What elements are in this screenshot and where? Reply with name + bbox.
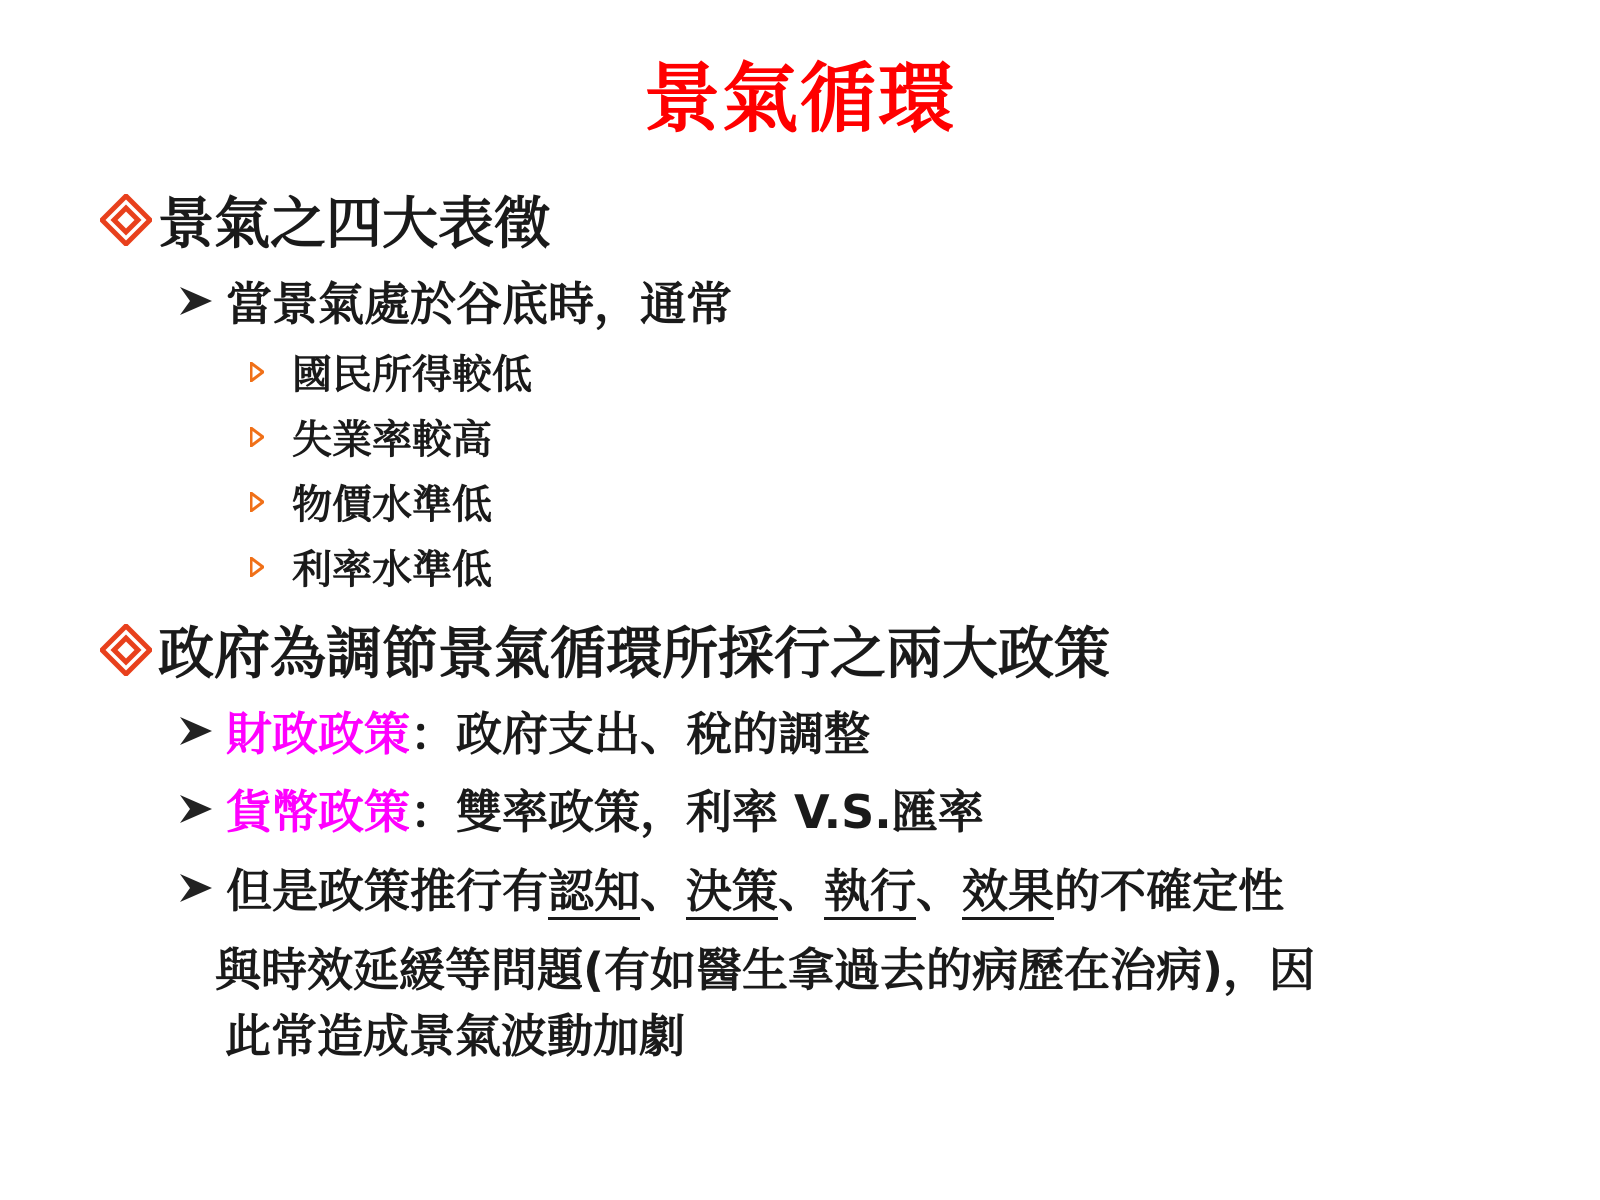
arrowhead-bullet-icon xyxy=(178,713,214,749)
fiscal-policy-point: 財政政策 ：政府支出、稅的調整 xyxy=(178,698,870,764)
uncertainty-line2: 與時效延緩等問題(有如醫生拿過去的病歷在治病)，因 xyxy=(215,934,1315,1000)
small-arrow-bullet-icon xyxy=(250,427,264,447)
term-effect: 效果 xyxy=(962,855,1054,921)
fiscal-policy-text: ：政府支出、稅的調整 xyxy=(410,698,870,764)
monetary-policy-text: ：雙率政策，利率 V.S.匯率 xyxy=(410,776,984,842)
list-item: 物價水準低 xyxy=(250,473,492,530)
section2-heading: 政府為調節景氣循環所採行之兩大政策 xyxy=(100,610,1110,690)
list-item: 利率水準低 xyxy=(250,538,492,595)
arrowhead-bullet-icon xyxy=(178,870,214,906)
section1-point-text: 當景氣處於谷底時，通常 xyxy=(226,268,732,334)
monetary-policy-point: 貨幣政策 ：雙率政策，利率 V.S.匯率 xyxy=(178,776,984,842)
slide-title: 景氣循環 xyxy=(0,38,1600,147)
term-execution: 執行 xyxy=(824,855,916,921)
list-item: 國民所得較低 xyxy=(250,343,532,400)
term-decision: 決策 xyxy=(686,855,778,921)
section1-heading: 景氣之四大表徵 xyxy=(100,180,550,260)
small-arrow-bullet-icon xyxy=(250,557,264,577)
separator: 、 xyxy=(640,855,686,921)
uncertainty-prefix: 但是政策推行有 xyxy=(226,855,548,921)
fiscal-policy-label: 財政政策 xyxy=(226,698,410,764)
term-recognition: 認知 xyxy=(548,855,640,921)
uncertainty-line3: 此常造成景氣波動加劇 xyxy=(225,1000,685,1066)
diamond-bullet-icon xyxy=(100,194,152,246)
monetary-policy-label: 貨幣政策 xyxy=(226,776,410,842)
section1-point: 當景氣處於谷底時，通常 xyxy=(178,268,732,334)
list-item: 失業率較高 xyxy=(250,408,492,465)
list-item-text: 利率水準低 xyxy=(292,538,492,595)
list-item-text: 國民所得較低 xyxy=(292,343,532,400)
small-arrow-bullet-icon xyxy=(250,492,264,512)
section2-heading-text: 政府為調節景氣循環所採行之兩大政策 xyxy=(158,610,1110,690)
separator: 、 xyxy=(778,855,824,921)
uncertainty-suffix: 的不確定性 xyxy=(1054,855,1284,921)
section1-heading-text: 景氣之四大表徵 xyxy=(158,180,550,260)
list-item-text: 物價水準低 xyxy=(292,473,492,530)
diamond-bullet-icon xyxy=(100,624,152,676)
arrowhead-bullet-icon xyxy=(178,283,214,319)
small-arrow-bullet-icon xyxy=(250,362,264,382)
separator: 、 xyxy=(916,855,962,921)
arrowhead-bullet-icon xyxy=(178,791,214,827)
uncertainty-point: 但是政策推行有認知、決策、執行、效果的不確定性 xyxy=(178,855,1284,921)
list-item-text: 失業率較高 xyxy=(292,408,492,465)
